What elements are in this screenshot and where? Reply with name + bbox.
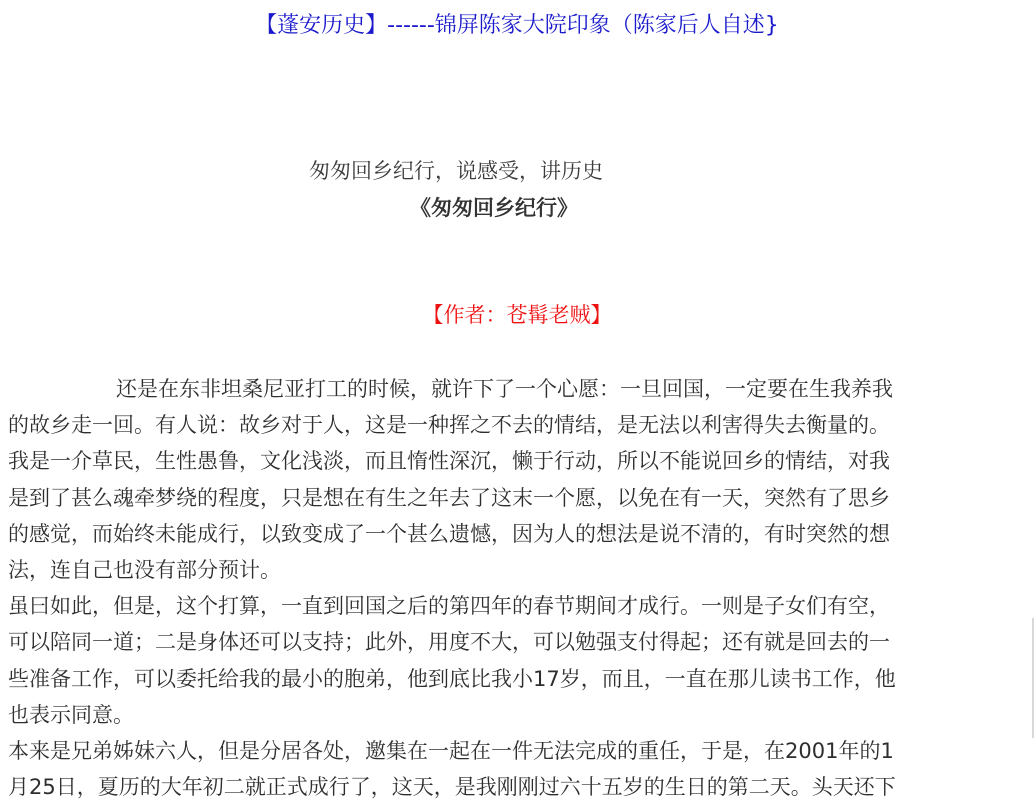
body-line: 可以陪同一道；二是身体还可以支持；此外，用度不大，可以勉强支付得起；还有就是回去… xyxy=(8,624,1026,660)
body-line: 的感觉，而始终未能成行，以致变成了一个甚么遗憾，因为人的想法是说不清的，有时突然… xyxy=(8,516,1026,552)
body-line: 虽曰如此，但是，这个打算，一直到回国之后的第四年的春节期间才成行。一则是子女们有… xyxy=(8,588,1026,624)
article-subtitle: 匆匆回乡纪行，说感受，讲历史 xyxy=(309,155,603,187)
body-line: 的故乡走一回。有人说：故乡对于人，这是一种挥之不去的情结，是无法以利害得失去衡量… xyxy=(8,407,1026,443)
article-body: 还是在东非坦桑尼亚打工的时候，就许下了一个心愿：一旦回国，一定要在生我养我 的故… xyxy=(8,371,1026,805)
body-line: 本来是兄弟姊妹六人，但是分居各处，邀集在一起在一件无法完成的重任，于是，在200… xyxy=(8,733,1026,769)
body-line: 些准备工作，可以委托给我的最小的胞弟，他到底比我小17岁，而且，一直在那儿读书工… xyxy=(8,661,1026,697)
body-line: 也表示同意。 xyxy=(8,697,1026,733)
body-line: 月25日，夏历的大年初二就正式成行了，这天，是我刚刚过六十五岁的生日的第二天。头… xyxy=(8,769,1026,805)
body-line: 法，连自己也没有部分预计。 xyxy=(8,552,1026,588)
article-author: 【作者：苍髯老贼】 xyxy=(0,299,1034,331)
body-line: 是到了甚么魂牵梦绕的程度，只是想在有生之年去了这末一个愿，以免在有一天，突然有了… xyxy=(8,480,1026,516)
body-line: 还是在东非坦桑尼亚打工的时候，就许下了一个心愿：一旦回国，一定要在生我养我 xyxy=(8,371,1026,407)
body-line: 我是一介草民，生性愚鲁，文化浅淡，而且惰性深沉，懒于行动，所以不能说回乡的情结，… xyxy=(8,443,1026,479)
article-book-title: 《匆匆回乡纪行》 xyxy=(410,192,578,224)
page-title: 【蓬安历史】------锦屏陈家大院印象（陈家后人自述} xyxy=(0,10,1034,42)
